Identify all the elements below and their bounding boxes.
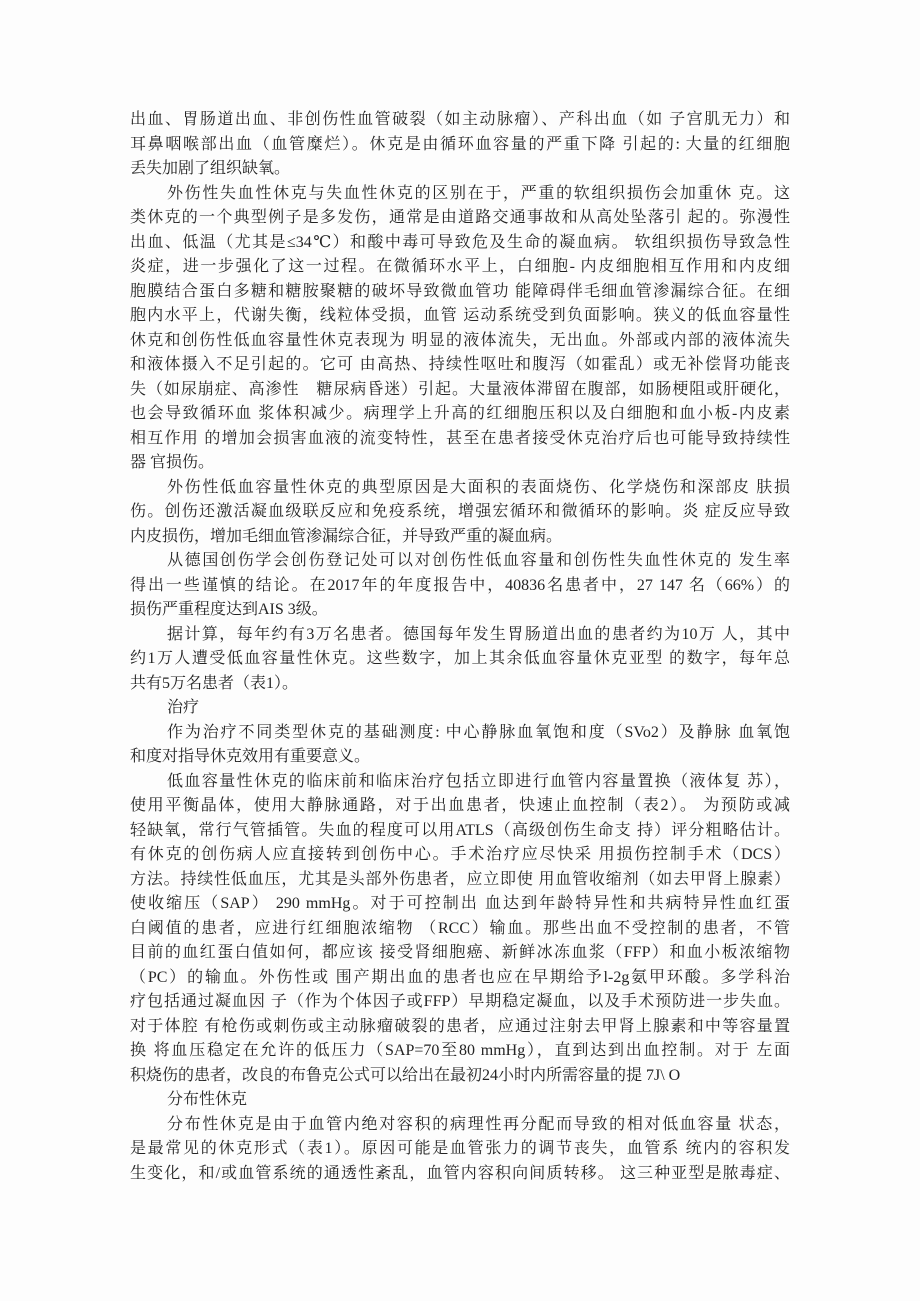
text-line: 使收缩压（SAP） 290 mmHg。对于可控制出 血达到年龄特异性和共病特异性…: [130, 892, 790, 917]
text-line: 和度对指导休克效用有重要意义。: [130, 745, 790, 770]
text-line: 有休克的创伤病人应直接转到创伤中心。手术治疗应尽快采 用损伤控制手术（DCS）: [130, 843, 790, 868]
text-line: 治疗: [130, 696, 790, 721]
text-line: 共有5万名患者（表1）。: [130, 672, 790, 697]
text-line: 从德国创伤学会创伤登记处可以对创伤性低血容量和创伤性失血性休克的 发生率: [130, 549, 790, 574]
text-line: 丢失加剧了组织缺氧。: [130, 157, 790, 182]
text-line: 和液体摄入不足引起的。它可 由高热、持续性呕吐和腹泻（如霍乱）或无补偿肾功能丧: [130, 353, 790, 378]
document-page: 出血、胃肠道出血、非创伤性血管破裂（如主动脉瘤）、产科出血（如 子宫肌无力）和耳…: [0, 0, 920, 1301]
text-line: 出血、胃肠道出血、非创伤性血管破裂（如主动脉瘤）、产科出血（如 子宫肌无力）和: [130, 108, 790, 133]
text-line: 胞内水平上，代谢失衡，线粒体受损，血管 运动系统受到负面影响。狭义的低血容量性: [130, 304, 790, 329]
text-line: 得出一些谨慎的结论。在2017年的年度报告中，40836名患者中，27 147 …: [130, 574, 790, 599]
text-line: 据计算，每年约有3万名患者。德国每年发生胃肠道出血的患者约为10万 人，其中: [130, 623, 790, 648]
text-line: 出血、低温（尤其是≤34℃）和酸中毒可导致危及生命的凝血病。 软组织损伤导致急性: [130, 231, 790, 256]
text-line: 休克和创伤性低血容量性休克表现为 明显的液体流失，无出血。外部或内部的液体流失: [130, 329, 790, 354]
text-line: 伤。创伤还激活凝血级联反应和免疫系统，增强宏循环和微循环的影响。炎 症反应导致: [130, 500, 790, 525]
text-line: 约1万人遭受低血容量性休克。这些数字，加上其余低血容量休克亚型 的数字，每年总: [130, 647, 790, 672]
text-line: （PC）的输血。外伤性或 围产期出血的患者也应在早期给予l-2g氨甲环酸。多学科…: [130, 966, 790, 991]
text-line: 器 官损伤。: [130, 451, 790, 476]
text-line: 目前的血红蛋白值如何，都应该 接受肾细胞癌、新鲜冰冻血浆（FFP）和血小板浓缩物: [130, 941, 790, 966]
text-line: 作为治疗不同类型休克的基础测度: 中心静脉血氧饱和度（SVo2）及静脉 血氧饱: [130, 721, 790, 746]
text-line: 疗包括通过凝血因 子（作为个体因子或FFP）早期稳定凝血，以及手术预防进一步失血…: [130, 990, 790, 1015]
text-line: 内皮损伤，增加毛细血管渗漏综合征，并导致严重的凝血病。: [130, 525, 790, 550]
text-line: 换 将血压稳定在允许的低压力（SAP=70至80 mmHg），直到达到出血控制。…: [130, 1039, 790, 1064]
text-line: 分布性休克: [130, 1088, 790, 1113]
text-line: 失（如尿崩症、高渗性 糖尿病昏迷）引起。大量液体滞留在腹部，如肠梗阻或肝硬化，: [130, 378, 790, 403]
text-line: 白阈值的患者，应进行红细胞浓缩物 （RCC）输血。那些出血不受控制的患者，不管: [130, 917, 790, 942]
text-line: 外伤性低血容量性休克的典型原因是大面积的表面烧伤、化学烧伤和深部皮 肤损: [130, 476, 790, 501]
text-line: 方法。持续性低血压，尤其是头部外伤患者，应立即使 用血管收缩剂（如去甲肾上腺素）: [130, 868, 790, 893]
text-line: 轻缺氧，常行气管插管。失血的程度可以用ATLS（高级创伤生命支 持）评分粗略估计…: [130, 819, 790, 844]
text-line: 生变化，和/或血管系统的通透性紊乱，血管内容积向间质转移。 这三种亚型是脓毒症、: [130, 1162, 790, 1187]
text-line: 胞膜结合蛋白多糖和糖胺聚糖的破坏导致微血管功 能障碍伴毛细血管渗漏综合征。在细: [130, 280, 790, 305]
text-line: 使用平衡晶体，使用大静脉通路，对于出血患者，快速止血控制（表2）。 为预防或减: [130, 794, 790, 819]
text-line: 也会导致循环血 浆体积减少。病理学上升高的红细胞压积以及白细胞和血小板-内皮素: [130, 402, 790, 427]
text-line: 相互作用 的增加会损害血液的流变特性，甚至在患者接受休克治疗后也可能导致持续性: [130, 427, 790, 452]
text-line: 是最常见的休克形式（表1）。原因可能是血管张力的调节丧失，血管系 统内的容积发: [130, 1137, 790, 1162]
text-line: 损伤严重程度达到AIS 3级。: [130, 598, 790, 623]
text-line: 低血容量性休克的临床前和临床治疗包括立即进行血管内容量置换（液体复 苏），: [130, 770, 790, 795]
text-line: 耳鼻咽喉部出血（血管糜烂）。休克是由循环血容量的严重下降 引起的: 大量的红细胞: [130, 133, 790, 158]
text-line: 外伤性失血性休克与失血性休克的区别在于，严重的软组织损伤会加重休 克。这: [130, 182, 790, 207]
text-line: 类休克的一个典型例子是多发伤，通常是由道路交通事故和从高处坠落引 起的。弥漫性: [130, 206, 790, 231]
text-line: 分布性休克是由于血管内绝对容积的病理性再分配而导致的相对低血容量 状态，: [130, 1113, 790, 1138]
text-line: 积烧伤的患者，改良的布鲁克公式可以给出在最初24小时内所需容量的提 7J\ O: [130, 1064, 790, 1089]
text-line: 炎症，进一步强化了这一过程。在微循环水平上，白细胞- 内皮细胞相互作用和内皮细: [130, 255, 790, 280]
text-line: 对于体腔 有枪伤或刺伤或主动脉瘤破裂的患者，应通过注射去甲肾上腺素和中等容量置: [130, 1015, 790, 1040]
document-text-block: 出血、胃肠道出血、非创伤性血管破裂（如主动脉瘤）、产科出血（如 子宫肌无力）和耳…: [130, 108, 790, 1186]
